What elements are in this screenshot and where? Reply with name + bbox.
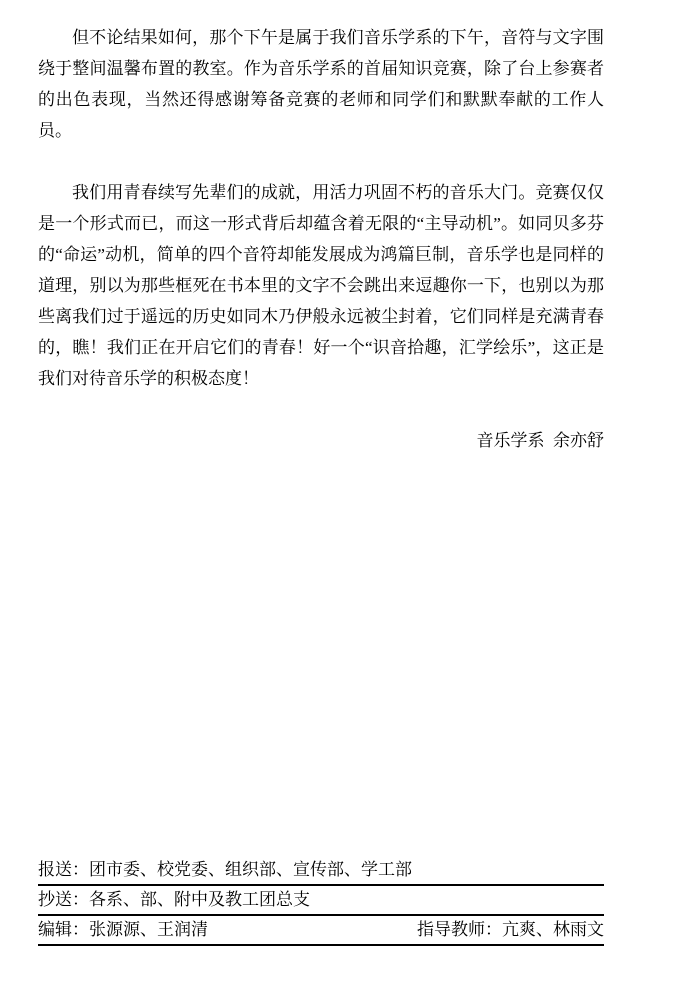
copy-line-text: 抄送：各系、部、附中及教工团总支 bbox=[38, 890, 310, 909]
document-page: 但不论结果如何，那个下午是属于我们音乐学系的下午，音符与文字围绕于整间温馨布置的… bbox=[0, 0, 678, 984]
paragraph-2: 我们用青春续写先辈们的成就，用活力巩固不朽的音乐大门。竞赛仅仅是一个形式而已，而… bbox=[38, 177, 604, 394]
report-line-text: 报送：团市委、校党委、组织部、宣传部、学工部 bbox=[38, 860, 412, 879]
paragraph-1: 但不论结果如何，那个下午是属于我们音乐学系的下午，音符与文字围绕于整间温馨布置的… bbox=[38, 22, 604, 146]
document-body: 但不论结果如何，那个下午是属于我们音乐学系的下午，音符与文字围绕于整间温馨布置的… bbox=[38, 22, 604, 456]
signature: 音乐学系 余亦舒 bbox=[38, 425, 604, 456]
report-line-row: 报送：团市委、校党委、组织部、宣传部、学工部 bbox=[38, 856, 604, 886]
editor-line-text: 编辑：张源源、王润清 bbox=[38, 916, 208, 944]
distribution-footer: 报送：团市委、校党委、组织部、宣传部、学工部 抄送：各系、部、附中及教工团总支 … bbox=[38, 856, 604, 946]
copy-line-row: 抄送：各系、部、附中及教工团总支 bbox=[38, 886, 604, 916]
advisor-line-text: 指导教师：亢爽、林雨文 bbox=[417, 916, 604, 944]
editor-advisor-row: 编辑：张源源、王润清 指导教师：亢爽、林雨文 bbox=[38, 916, 604, 946]
